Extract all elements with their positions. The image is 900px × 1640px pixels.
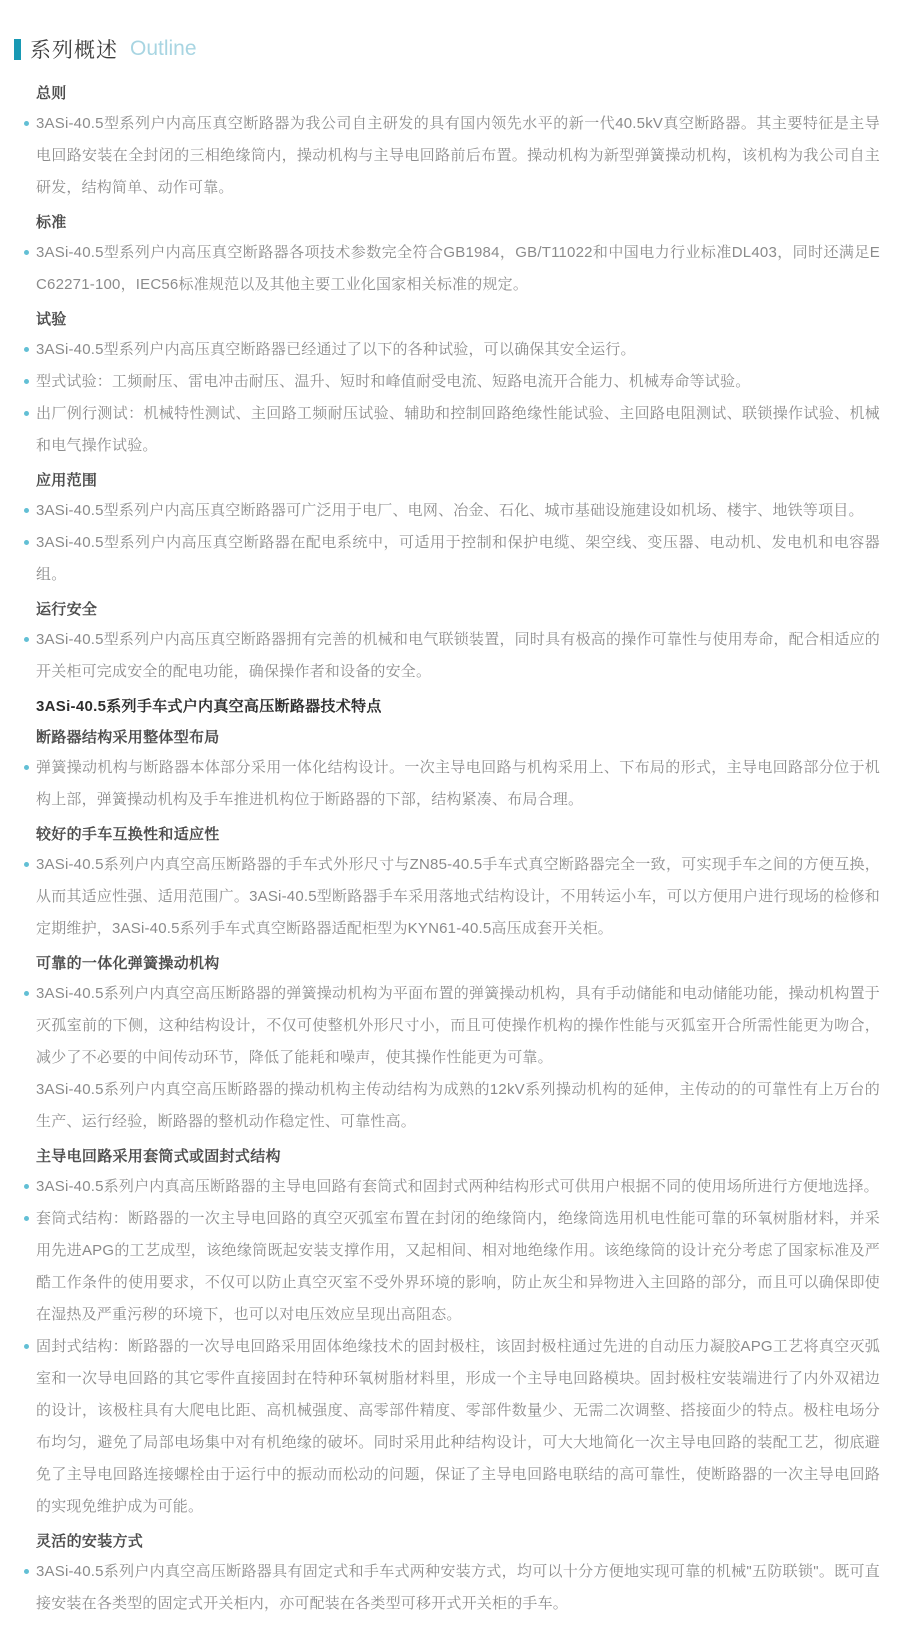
paragraph-text: 3ASi-40.5型系列户内高压真空断路器为我公司自主研发的具有国内领先水平的新…: [36, 115, 880, 196]
content-section: 灵活的安装方式3ASi-40.5系列户内真空高压断路器具有固定式和手车式两种安装…: [24, 1530, 880, 1620]
paragraph: 3ASi-40.5系列户内真空高压断路器的弹簧操动机构为平面布置的弹簧操动机构，…: [36, 978, 880, 1074]
paragraph: 3ASi-40.5型系列户内高压真空断路器拥有完善的机械和电气联锁装置，同时具有…: [36, 624, 880, 688]
page: 系列概述 Outline 总则3ASi-40.5型系列户内高压真空断路器为我公司…: [0, 0, 900, 1640]
content-section: 较好的手车互换性和适应性3ASi-40.5系列户内真空高压断路器的手车式外形尺寸…: [24, 823, 880, 945]
paragraph: 型式试验：工频耐压、雷电冲击耐压、温升、短时和峰值耐受电流、短路电流开合能力、机…: [36, 366, 880, 398]
paragraph-text: 3ASi-40.5型系列户内高压真空断路器各项技术参数完全符合GB1984，GB…: [36, 244, 880, 293]
paragraph-text: 3ASi-40.5系列户内真空高压断路器的弹簧操动机构为平面布置的弹簧操动机构，…: [36, 985, 880, 1066]
section-heading: 主导电回路采用套筒式或固封式结构: [36, 1145, 880, 1169]
paragraph: 3ASi-40.5系列户内真空高压断路器具有固定式和手车式两种安装方式，均可以十…: [36, 1556, 880, 1620]
content-section: 总则3ASi-40.5型系列户内高压真空断路器为我公司自主研发的具有国内领先水平…: [24, 82, 880, 204]
accent-bar: [14, 39, 21, 60]
section-heading: 运行安全: [36, 598, 880, 622]
page-header: 系列概述 Outline: [14, 34, 882, 64]
paragraph-text: 3ASi-40.5系列户内真空高压断路器具有固定式和手车式两种安装方式，均可以十…: [36, 1563, 880, 1612]
paragraph-text: 出厂例行测试：机械特性测试、主回路工频耐压试验、辅助和控制回路绝缘性能试验、主回…: [36, 405, 880, 454]
paragraph-text: 3ASi-40.5型系列户内高压真空断路器在配电系统中，可适用于控制和保护电缆、…: [36, 534, 880, 583]
content-section: 可靠的一体化弹簧操动机构3ASi-40.5系列户内真空高压断路器的弹簧操动机构为…: [24, 952, 880, 1138]
content-section: 3ASi-40.5系列手车式户内真空高压断路器技术特点: [24, 695, 880, 719]
bullet-dot-icon: [24, 1216, 29, 1221]
bullet-dot-icon: [24, 862, 29, 867]
content-section: 主导电回路采用套筒式或固封式结构3ASi-40.5系列户内真高压断路器的主导电回…: [24, 1145, 880, 1523]
bullet-dot-icon: [24, 508, 29, 513]
content-section: 试验3ASi-40.5型系列户内高压真空断路器已经通过了以下的各种试验，可以确保…: [24, 308, 880, 462]
content-section: 标准3ASi-40.5型系列户内高压真空断路器各项技术参数完全符合GB1984，…: [24, 211, 880, 301]
section-heading: 试验: [36, 308, 880, 332]
content-section: 断路器结构采用整体型布局弹簧操动机构与断路器本体部分采用一体化结构设计。一次主导…: [24, 726, 880, 816]
bullet-dot-icon: [24, 991, 29, 996]
paragraph-text: 3ASi-40.5型系列户内高压真空断路器已经通过了以下的各种试验，可以确保其安…: [36, 341, 636, 358]
paragraph: 3ASi-40.5型系列户内高压真空断路器为我公司自主研发的具有国内领先水平的新…: [36, 108, 880, 204]
section-heading: 断路器结构采用整体型布局: [36, 726, 880, 750]
bullet-dot-icon: [24, 121, 29, 126]
paragraph: 3ASi-40.5型系列户内高压真空断路器在配电系统中，可适用于控制和保护电缆、…: [36, 527, 880, 591]
content-section: 运行安全3ASi-40.5型系列户内高压真空断路器拥有完善的机械和电气联锁装置，…: [24, 598, 880, 688]
section-heading: 灵活的安装方式: [36, 1530, 880, 1554]
bullet-dot-icon: [24, 765, 29, 770]
section-heading: 3ASi-40.5系列手车式户内真空高压断路器技术特点: [36, 695, 880, 719]
paragraph-text: 套筒式结构：断路器的一次主导电回路的真空灭弧室布置在封闭的绝缘筒内，绝缘筒选用机…: [36, 1210, 880, 1323]
bullet-dot-icon: [24, 411, 29, 416]
document-body: 总则3ASi-40.5型系列户内高压真空断路器为我公司自主研发的具有国内领先水平…: [14, 82, 882, 1620]
paragraph-text: 3ASi-40.5系列户内真高压断路器的主导电回路有套筒式和固封式两种结构形式可…: [36, 1178, 879, 1195]
section-heading: 标准: [36, 211, 880, 235]
paragraph: 3ASi-40.5型系列户内高压真空断路器已经通过了以下的各种试验，可以确保其安…: [36, 334, 880, 366]
paragraph: 固封式结构：断路器的一次导电回路采用固体绝缘技术的固封极柱，该固封极柱通过先进的…: [36, 1331, 880, 1523]
section-heading: 总则: [36, 82, 880, 106]
page-title: 系列概述: [30, 34, 118, 64]
paragraph-text: 3ASi-40.5型系列户内高压真空断路器拥有完善的机械和电气联锁装置，同时具有…: [36, 631, 880, 680]
bullet-dot-icon: [24, 540, 29, 545]
paragraph-text: 弹簧操动机构与断路器本体部分采用一体化结构设计。一次主导电回路与机构采用上、下布…: [36, 759, 880, 808]
paragraph: 3ASi-40.5型系列户内高压真空断路器可广泛用于电厂、电网、冶金、石化、城市…: [36, 495, 880, 527]
paragraph-text: 3ASi-40.5系列户内真空高压断路器的手车式外形尺寸与ZN85-40.5手车…: [36, 856, 880, 937]
paragraph: 3ASi-40.5系列户内真高压断路器的主导电回路有套筒式和固封式两种结构形式可…: [36, 1171, 880, 1203]
bullet-dot-icon: [24, 347, 29, 352]
paragraph-text: 3ASi-40.5型系列户内高压真空断路器可广泛用于电厂、电网、冶金、石化、城市…: [36, 502, 864, 519]
paragraph-text: 型式试验：工频耐压、雷电冲击耐压、温升、短时和峰值耐受电流、短路电流开合能力、机…: [36, 373, 750, 390]
content-section: 应用范围3ASi-40.5型系列户内高压真空断路器可广泛用于电厂、电网、冶金、石…: [24, 469, 880, 591]
paragraph-text: 固封式结构：断路器的一次导电回路采用固体绝缘技术的固封极柱，该固封极柱通过先进的…: [36, 1338, 880, 1515]
section-heading: 可靠的一体化弹簧操动机构: [36, 952, 880, 976]
bullet-dot-icon: [24, 1569, 29, 1574]
paragraph: 出厂例行测试：机械特性测试、主回路工频耐压试验、辅助和控制回路绝缘性能试验、主回…: [36, 398, 880, 462]
bullet-dot-icon: [24, 379, 29, 384]
paragraph: 套筒式结构：断路器的一次主导电回路的真空灭弧室布置在封闭的绝缘筒内，绝缘筒选用机…: [36, 1203, 880, 1331]
bullet-dot-icon: [24, 1344, 29, 1349]
paragraph-text: 3ASi-40.5系列户内真空高压断路器的操动机构主传动结构为成熟的12kV系列…: [36, 1081, 880, 1130]
paragraph: 3ASi-40.5型系列户内高压真空断路器各项技术参数完全符合GB1984，GB…: [36, 237, 880, 301]
bullet-dot-icon: [24, 637, 29, 642]
page-subtitle: Outline: [130, 37, 197, 61]
paragraph: 3ASi-40.5系列户内真空高压断路器的操动机构主传动结构为成熟的12kV系列…: [36, 1074, 880, 1138]
section-heading: 应用范围: [36, 469, 880, 493]
bullet-dot-icon: [24, 1184, 29, 1189]
paragraph: 3ASi-40.5系列户内真空高压断路器的手车式外形尺寸与ZN85-40.5手车…: [36, 849, 880, 945]
section-heading: 较好的手车互换性和适应性: [36, 823, 880, 847]
paragraph: 弹簧操动机构与断路器本体部分采用一体化结构设计。一次主导电回路与机构采用上、下布…: [36, 752, 880, 816]
bullet-dot-icon: [24, 250, 29, 255]
